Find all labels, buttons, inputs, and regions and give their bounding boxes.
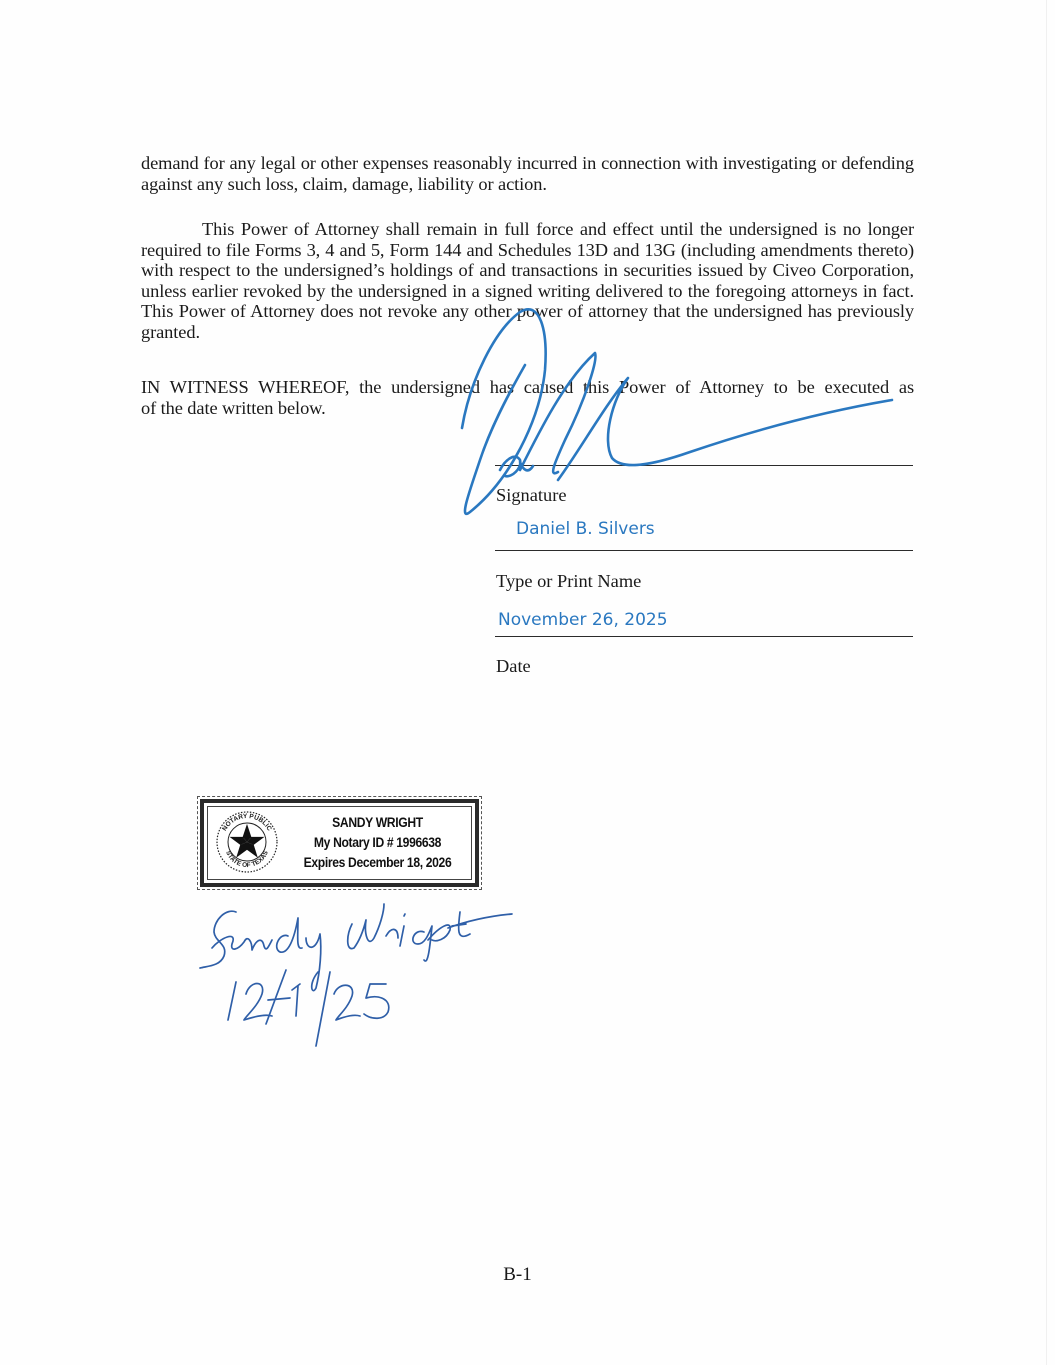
witness-clause: IN WITNESS WHEREOF, the undersigned has …: [141, 377, 914, 418]
notary-handwritten-signature-icon: [200, 904, 512, 1046]
signature-label: Signature: [496, 485, 566, 506]
handwritten-ink: [0, 0, 1055, 1365]
notary-name: SANDY WRIGHT: [293, 813, 461, 833]
scan-edge: [1046, 0, 1047, 1365]
paragraph-term: This Power of Attorney shall remain in f…: [141, 219, 914, 342]
date-line: [495, 636, 913, 637]
date-label: Date: [496, 656, 531, 677]
witness-clause-line-1: IN WITNESS WHEREOF, the undersigned has …: [141, 377, 914, 398]
notary-id: My Notary ID # 1996638: [293, 833, 461, 853]
notary-stamp: NOTARY PUBLIC STATE OF TEXAS SANDY WRIGH…: [200, 799, 479, 887]
signature-line: [495, 465, 913, 466]
notary-seal-star-icon: NOTARY PUBLIC STATE OF TEXAS: [214, 809, 280, 875]
document-page: demand for any legal or other expenses r…: [0, 0, 1055, 1365]
svg-text:STATE OF TEXAS: STATE OF TEXAS: [224, 849, 270, 869]
witness-clause-line-2: of the date written below.: [141, 398, 326, 418]
name-line: [495, 550, 913, 551]
notary-stamp-text: SANDY WRIGHT My Notary ID # 1996638 Expi…: [293, 813, 461, 873]
page-number: B-1: [0, 1264, 1035, 1286]
date-value: November 26, 2025: [498, 610, 668, 630]
paragraph-indemnity-continuation: demand for any legal or other expenses r…: [141, 153, 914, 194]
notary-expiration: Expires December 18, 2026: [293, 853, 461, 873]
printed-name-value: Daniel B. Silvers: [516, 519, 655, 539]
name-label: Type or Print Name: [496, 571, 641, 592]
